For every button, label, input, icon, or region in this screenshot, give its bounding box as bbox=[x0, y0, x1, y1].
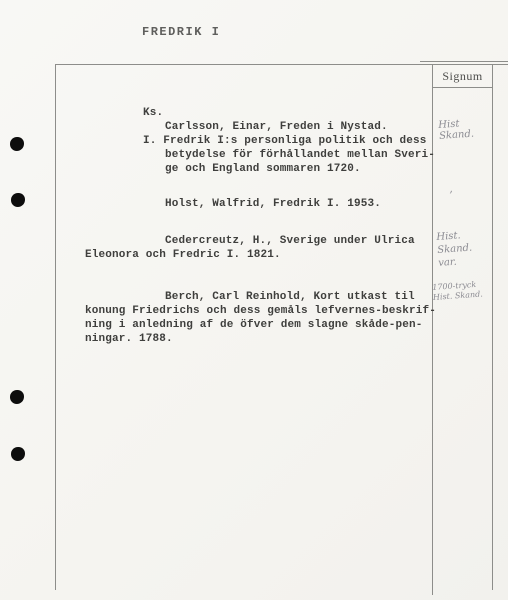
signum-note-line: Skand. bbox=[437, 242, 473, 257]
card-top-rule bbox=[55, 64, 508, 65]
signum-column-left-rule bbox=[432, 64, 433, 595]
card-right-rule bbox=[492, 64, 493, 590]
card-left-rule bbox=[55, 64, 56, 590]
typewritten-line: Carlsson, Einar, Freden i Nystad. bbox=[165, 121, 388, 133]
typewritten-line: konung Friedrichs och dess gemåls lefver… bbox=[85, 305, 436, 317]
signum-column-header: Signum bbox=[433, 69, 492, 84]
handwritten-ditto-mark: ’ bbox=[449, 190, 453, 201]
typewritten-line: ge och England sommaren 1720. bbox=[165, 163, 361, 175]
hole-punch-dot bbox=[10, 390, 24, 404]
typewritten-line: ningar. 1788. bbox=[85, 333, 173, 345]
typewritten-line: betydelse för förhållandet mellan Sveri- bbox=[165, 149, 435, 161]
page-title: FREDRIK I bbox=[142, 25, 220, 39]
handwritten-signum-note: 1700-tryck Hist. Skand. bbox=[432, 279, 495, 303]
handwritten-signum-note: Hist Skand. bbox=[438, 118, 474, 142]
typewritten-line: ning i anledning af de öfver dem slagne … bbox=[85, 319, 423, 331]
hole-punch-dot bbox=[11, 193, 25, 207]
signum-note-line: var. bbox=[438, 255, 474, 270]
hole-punch-dot bbox=[10, 137, 24, 151]
signum-note-line: ’ bbox=[449, 190, 453, 201]
typewritten-line: Ks. bbox=[143, 107, 163, 119]
typewritten-line: Berch, Carl Reinhold, Kort utkast til bbox=[165, 291, 415, 303]
typewritten-line: I. Fredrik I:s personliga politik och de… bbox=[143, 135, 427, 147]
handwritten-signum-note: Hist. Skand. var. bbox=[436, 229, 474, 270]
typewritten-line: Eleonora och Fredric I. 1821. bbox=[85, 249, 281, 261]
typewritten-line: Holst, Walfrid, Fredrik I. 1953. bbox=[165, 198, 381, 210]
signum-header-underline bbox=[432, 87, 493, 88]
typewritten-line: Cedercreutz, H., Sverige under Ulrica bbox=[165, 235, 415, 247]
hole-punch-dot bbox=[11, 447, 25, 461]
card-top-double-rule bbox=[420, 61, 508, 62]
signum-note-line: Skand. bbox=[439, 129, 475, 142]
